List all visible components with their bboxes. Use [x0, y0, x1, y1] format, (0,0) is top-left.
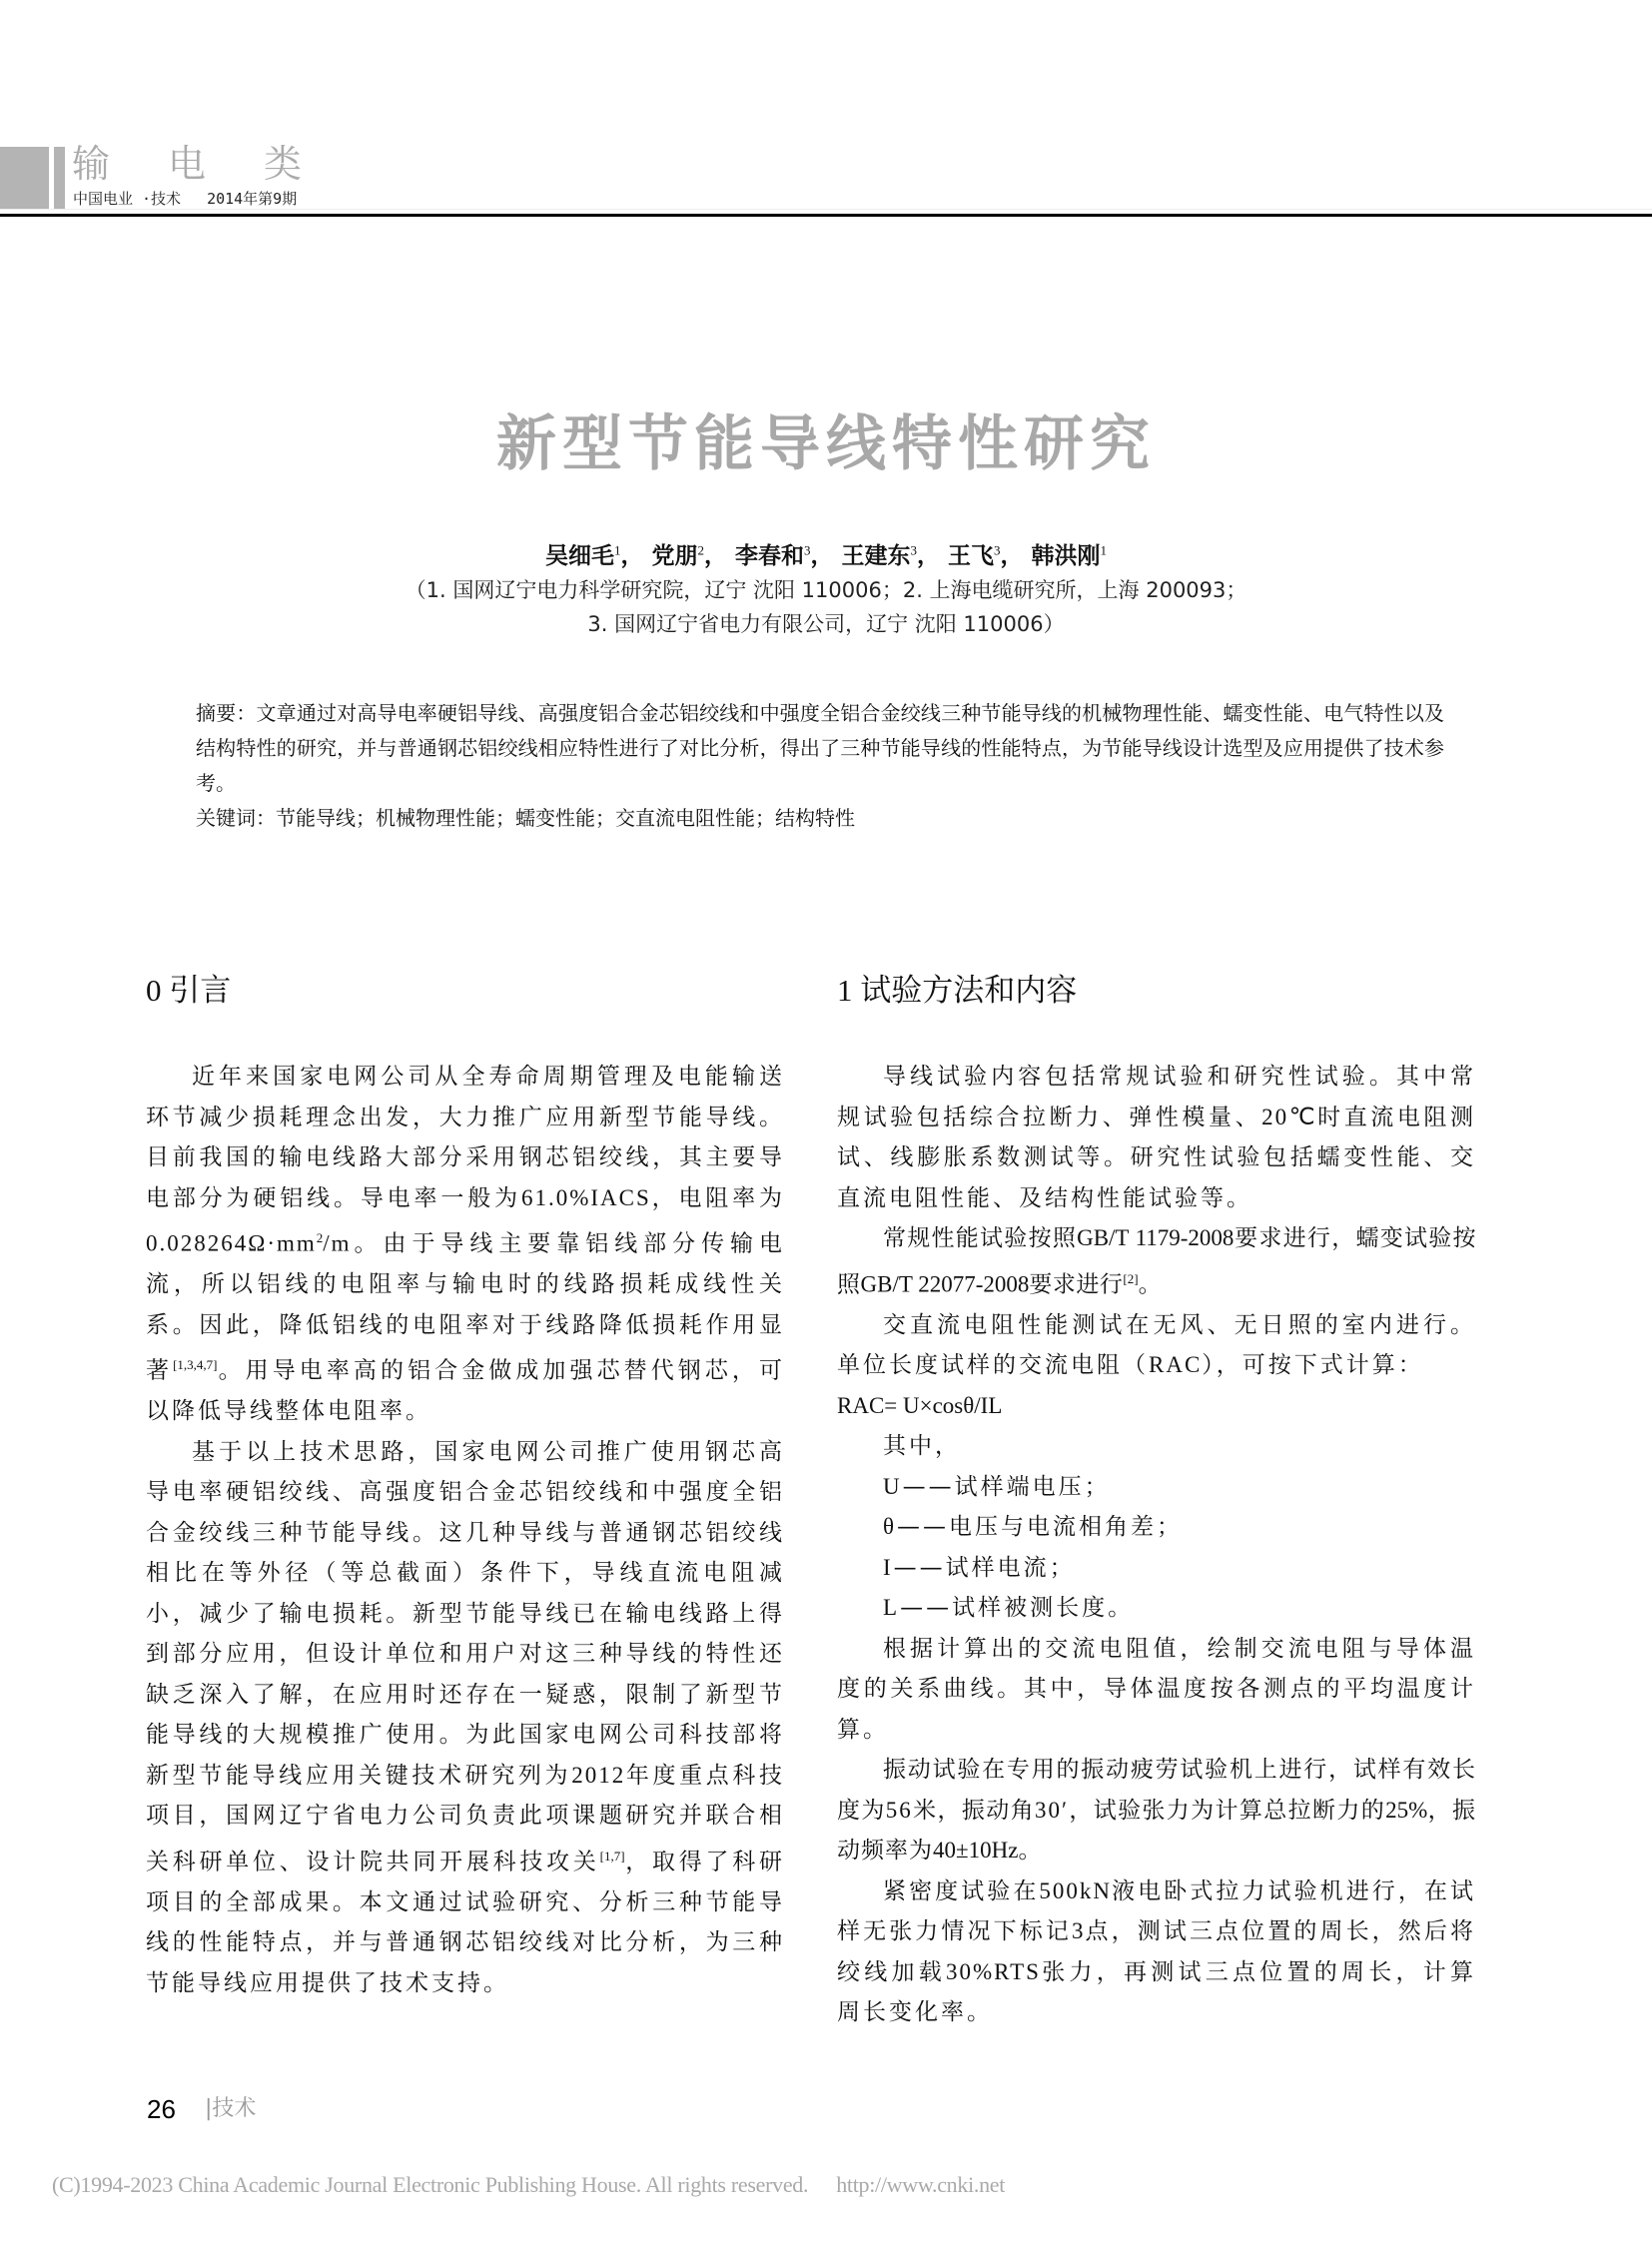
intro-paragraph-2: 基于以上技术思路，国家电网公司推广使用钢芯高导电率硬铝绞线、高强度铝合金芯铝绞线…: [146, 1432, 785, 2004]
formula-where: 其中，: [837, 1426, 1476, 1467]
keywords: 关键词：节能导线；机械物理性能；蠕变性能；交直流电阻性能；结构特性: [196, 801, 1444, 836]
author: 党朋2: [651, 543, 704, 569]
header-divider-thin: [0, 209, 1652, 210]
column-category: 输电类: [72, 140, 360, 188]
section-heading-intro: 0 引言: [146, 971, 785, 1011]
header-gray-stripe: [54, 147, 65, 210]
affiliations-line-2: 3. 国网辽宁省电力有限公司，辽宁 沈阳 110006）: [0, 608, 1652, 640]
abstract-label: 摘要：: [196, 701, 257, 725]
header-divider: [0, 214, 1652, 217]
copyright-text: (C)1994-2023 China Academic Journal Elec…: [52, 2172, 808, 2197]
author: 李春和3: [735, 543, 811, 569]
page-section-label: |技术: [205, 2094, 256, 2124]
citation: [2]: [1123, 1271, 1138, 1286]
copyright-notice: (C)1994-2023 China Academic Journal Elec…: [52, 2170, 1005, 2200]
citation: [1,3,4,7]: [173, 1357, 217, 1372]
abstract-block: 摘要：文章通过对高导电率硬铝导线、高强度铝合金芯铝绞线和中强度全铝合金绞线三种节…: [196, 696, 1444, 836]
methods-paragraph-2: 常规性能试验按照GB/T 1179-2008要求进行，蠕变试验按照GB/T 22…: [837, 1218, 1476, 1305]
keywords-label: 关键词：: [196, 806, 276, 830]
category-char: 输: [72, 142, 168, 186]
keywords-text: 节能导线；机械物理性能；蠕变性能；交直流电阻性能；结构特性: [276, 806, 855, 830]
formula-def-l: L——试样被测长度。: [837, 1588, 1476, 1629]
journal-issue: 2014年第9期: [207, 190, 297, 208]
rac-formula: RAC= U×cosθ/IL: [837, 1386, 1476, 1427]
formula-def-i: I——试样电流；: [837, 1548, 1476, 1589]
author: 王建东3: [842, 543, 918, 569]
category-char: 类: [264, 142, 360, 186]
left-column: 0 引言 近年来国家电网公司从全寿命周期管理及电能输送环节减少损耗理念出发，大力…: [146, 971, 785, 2003]
methods-paragraph-3: 交直流电阻性能测试在无风、无日照的室内进行。单位长度试样的交流电阻（RAC），可…: [837, 1305, 1476, 1386]
methods-paragraph-1: 导线试验内容包括常规试验和研究性试验。其中常规试验包括综合拉断力、弹性模量、20…: [837, 1057, 1476, 1218]
page-number: 26: [147, 2094, 176, 2124]
author: 吴细毛1: [545, 543, 621, 569]
journal-issue-line: 中国电业 ·技术2014年第9期: [73, 189, 297, 209]
formula-def-u: U——试样端电压；: [837, 1467, 1476, 1508]
category-char: 电: [168, 142, 264, 186]
abstract: 摘要：文章通过对高导电率硬铝导线、高强度铝合金芯铝绞线和中强度全铝合金绞线三种节…: [196, 696, 1444, 801]
affiliations-line-1: （1. 国网辽宁电力科学研究院，辽宁 沈阳 110006；2. 上海电缆研究所，…: [0, 574, 1652, 606]
author: 王飞3: [948, 543, 1001, 569]
abstract-text: 文章通过对高导电率硬铝导线、高强度铝合金芯铝绞线和中强度全铝合金绞线三种节能导线…: [196, 701, 1444, 795]
section-heading-methods: 1 试验方法和内容: [837, 971, 1476, 1011]
author-list: 吴细毛1， 党朋2， 李春和3， 王建东3， 王飞3， 韩洪刚1: [0, 533, 1652, 573]
article-title: 新型节能导线特性研究: [0, 404, 1652, 484]
header-gray-block: [0, 147, 49, 210]
journal-name: 中国电业 ·技术: [73, 190, 181, 208]
citation: [1,7]: [600, 1849, 625, 1864]
methods-paragraph-4: 根据计算出的交流电阻值，绘制交流电阻与导体温度的关系曲线。其中，导体温度按各测点…: [837, 1629, 1476, 1751]
author: 韩洪刚1: [1032, 543, 1108, 569]
cnki-link[interactable]: http://www.cnki.net: [836, 2172, 1005, 2197]
methods-paragraph-5: 振动试验在专用的振动疲劳试验机上进行，试样有效长度为56米，振动角30′，试验张…: [837, 1750, 1476, 1871]
intro-paragraph-1: 近年来国家电网公司从全寿命周期管理及电能输送环节减少损耗理念出发，大力推广应用新…: [146, 1057, 785, 1432]
methods-paragraph-6: 紧密度试验在500kN液电卧式拉力试验机进行，在试样无张力情况下标记3点，测试三…: [837, 1871, 1476, 2033]
right-column: 1 试验方法和内容 导线试验内容包括常规试验和研究性试验。其中常规试验包括综合拉…: [837, 971, 1476, 2033]
formula-def-theta: θ——电压与电流相角差；: [837, 1507, 1476, 1548]
